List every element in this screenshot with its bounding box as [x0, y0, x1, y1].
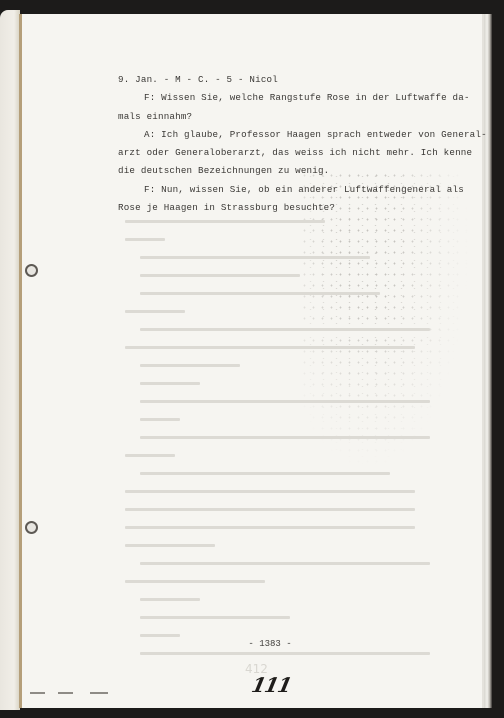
transcript-body: 9. Jan. - M - C. - 5 - Nicol F: Wissen S… — [118, 71, 458, 217]
punch-hole-bottom — [25, 521, 38, 534]
bleed-through-line — [125, 220, 325, 223]
bleed-through-line — [140, 616, 290, 619]
answer-line: arzt oder Generaloberarzt, das weiss ich… — [118, 144, 458, 162]
bleed-through-line — [125, 454, 175, 457]
page-number: - 1383 - — [240, 639, 300, 649]
page-edge — [484, 14, 492, 708]
bleed-through-line — [140, 598, 200, 601]
header-line: 9. Jan. - M - C. - 5 - Nicol — [118, 71, 458, 89]
scan-edge-mark — [90, 692, 108, 694]
bleed-through-line — [140, 292, 380, 295]
question-line: F: Wissen Sie, welche Rangstufe Rose in … — [118, 89, 458, 107]
bleed-through-line — [140, 652, 430, 655]
bleed-through-line — [125, 508, 415, 511]
bleed-through-line — [140, 400, 430, 403]
bleed-through-line — [140, 634, 180, 637]
question-line: Rose je Haagen in Strassburg besuchte? — [118, 199, 458, 217]
bleed-through-line — [125, 346, 415, 349]
bleed-through-line — [140, 364, 240, 367]
punch-hole-top — [25, 264, 38, 277]
bleed-through-line — [125, 526, 415, 529]
bleed-through-line — [140, 274, 300, 277]
answer-line: die deutschen Bezeichnungen zu wenig. — [118, 162, 458, 180]
bleed-through-line — [125, 544, 215, 547]
bleed-through-line — [125, 238, 165, 241]
question-line: mals einnahm? — [118, 108, 458, 126]
bleed-through-line — [140, 256, 370, 259]
bleed-through-line — [140, 382, 200, 385]
bleed-through-line — [125, 310, 185, 313]
bleed-through-line — [125, 580, 265, 583]
scan-edge-mark — [58, 692, 73, 694]
left-facing-page — [0, 10, 20, 710]
bleed-through-line — [140, 418, 180, 421]
question-line: F: Nun, wissen Sie, ob ein anderer Luftw… — [118, 181, 458, 199]
handwritten-folio-mark: 111 — [249, 673, 293, 697]
bleed-through-line — [125, 490, 415, 493]
bleed-through-line — [140, 562, 430, 565]
answer-line: A: Ich glaube, Professor Haagen sprach e… — [118, 126, 458, 144]
bleed-through-line — [140, 436, 430, 439]
bleed-through-line — [140, 328, 430, 331]
scan-edge-mark — [30, 692, 45, 694]
bleed-through-line — [140, 472, 390, 475]
